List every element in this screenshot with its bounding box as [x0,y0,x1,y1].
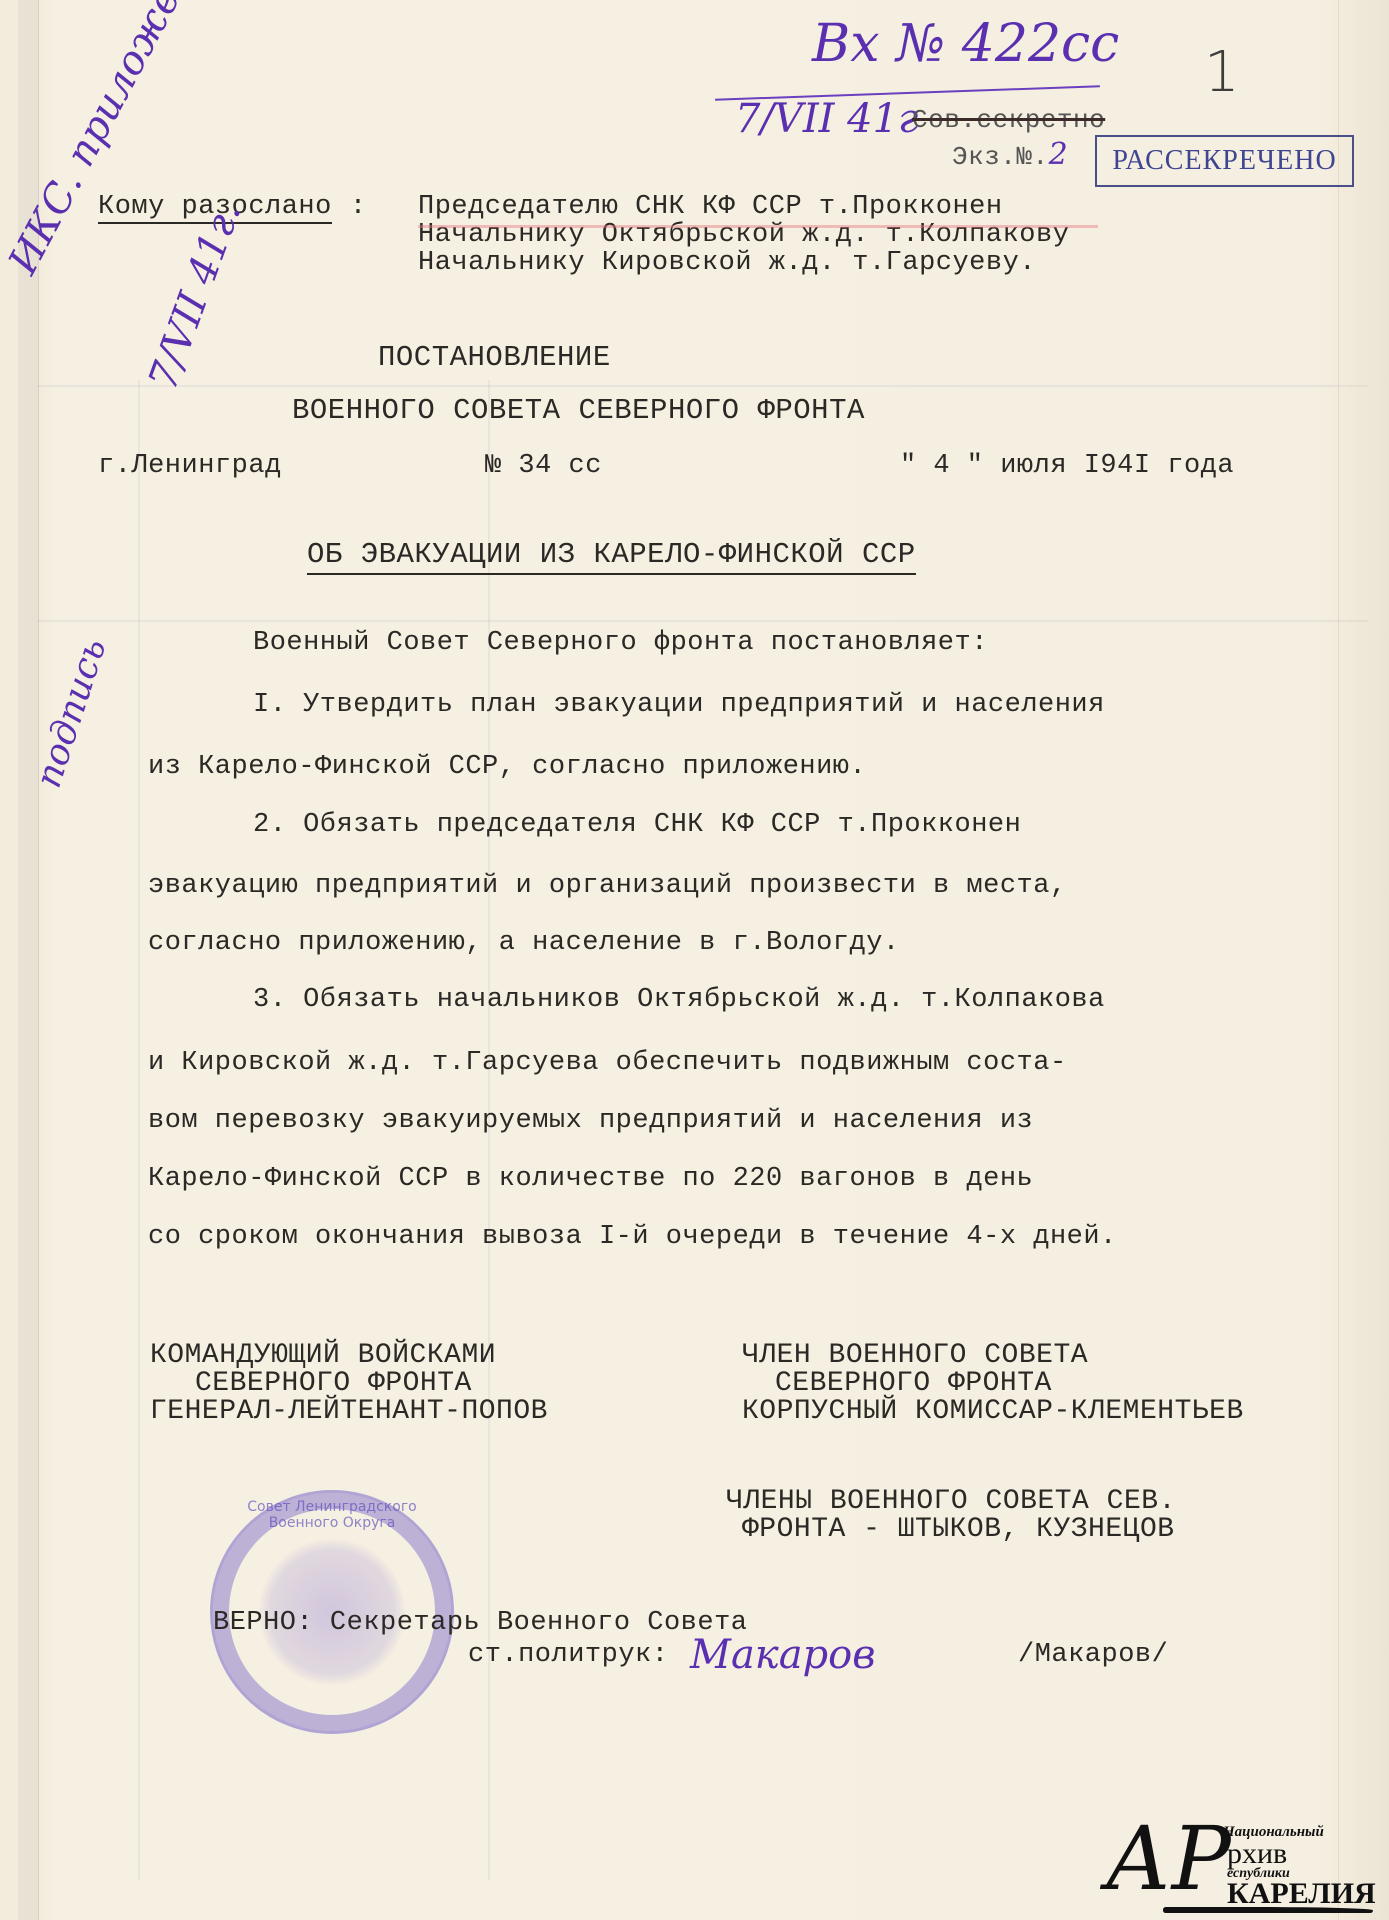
bleed-through-line [38,620,1368,622]
item-1-line-2: из Карело-Финской ССР, согласно приложен… [148,754,866,781]
member-name: КОРПУСНЫЙ КОМИССАР-КЛЕМЕНТЬЕВ [742,1398,1244,1426]
quill-icon [1163,1907,1373,1913]
commander-front: СЕВЕРНОГО ФРОНТА [195,1370,472,1398]
members-title: ЧЛЕНЫ ВОЕННОГО СОВЕТА СЕВ. [726,1488,1176,1516]
item-3-line-5: со сроком окончания вывоза I-й очереди в… [148,1224,1117,1251]
item-2-line-2: эвакуацию предприятий и организаций прои… [148,873,1067,900]
certification-line-2: ст.политрук: [468,1642,668,1669]
member-front: СЕВЕРНОГО ФРОНТА [775,1370,1052,1398]
underlying-page-edge [1338,0,1389,1920]
copy-number: 2 [1049,137,1069,172]
members-names: ФРОНТА - ШТЫКОВ, КУЗНЕЦОВ [742,1516,1175,1544]
city: г.Ленинград [98,453,282,480]
logo-line-4: КАРЕЛИЯ [1227,1879,1376,1909]
bleed-through-line [138,380,140,1880]
incoming-number-handwritten: Вх № 422сс [812,14,1119,74]
subject: ОБ ЭВАКУАЦИИ ИЗ КАРЕЛО-ФИНСКОЙ ССР [307,540,916,575]
logo-line-2: рхив [1227,1839,1287,1869]
item-3-line-2: и Кировской ж.д. т.Гарсуева обеспечить п… [148,1050,1067,1077]
item-2-line-3: согласно приложению, а население в г.Вол… [148,930,900,957]
secretary-name: /Макаров/ [1018,1642,1168,1669]
archive-logo: АР Национальный рхив еспублики КАРЕЛИЯ [1105,1815,1375,1915]
commander-title: КОМАНДУЮЩИЙ ВОЙСКАМИ [150,1342,496,1370]
copy-label-text: Экз.№. [952,142,1049,172]
issuer: ВОЕННОГО СОВЕТА СЕВЕРНОГО ФРОНТА [292,396,865,425]
certification-line-1: ВЕРНО: Секретарь Военного Совета [213,1610,747,1637]
item-3-line-3: вом перевозку эвакуируемых предприятий и… [148,1108,1033,1135]
sheet-number: 1 [1204,40,1240,105]
declassified-stamp: РАССЕКРЕЧЕНО [1095,135,1354,187]
item-3-line-1: 3. Обязать начальников Октябрьской ж.д. … [253,987,1105,1014]
distribution-separator: : [350,192,367,222]
recipient-1: Председателю СНК КФ ССР т.Прокконен [418,194,1003,221]
item-3-line-4: Карело-Финской ССР в количестве по 220 в… [148,1166,1033,1193]
document-type: ПОСТАНОВЛЕНИЕ [378,343,611,372]
logo-monogram: АР [1105,1815,1231,1903]
seal-text: Совет Ленинградского Военного Округа [213,1499,451,1531]
red-pencil-underline [418,225,1098,228]
resolution-date: " 4 " июля I94I года [900,453,1234,480]
item-1-line-1: I. Утвердить план эвакуации предприятий … [253,692,1105,719]
commander-name: ГЕНЕРАЛ-ЛЕЙТЕНАНТ-ПОПОВ [150,1398,548,1426]
item-2-line-1: 2. Обязать председателя СНК КФ ССР т.Про… [253,812,1021,839]
bleed-through-line [38,385,1368,387]
binding-strip [18,0,39,1920]
recipient-3: Начальнику Кировской ж.д. т.Гарсуеву. [418,250,1036,277]
member-title: ЧЛЕН ВОЕННОГО СОВЕТА [742,1342,1088,1370]
resolution-number: № 34 сс [485,453,602,480]
classification-struck: Сов.секретно [912,107,1105,133]
copy-label: Экз.№.2 [952,140,1068,170]
incoming-date-handwritten: 7/VII 41г [735,96,918,142]
preamble: Военный Совет Северного фронта постановл… [253,630,988,657]
secretary-signature: Макаров [690,1632,876,1678]
